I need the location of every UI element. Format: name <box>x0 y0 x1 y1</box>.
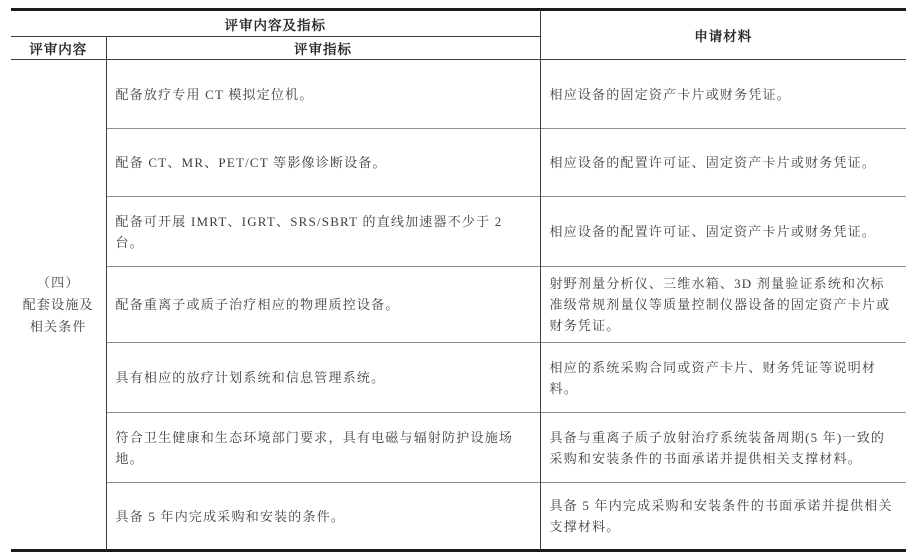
header-review-content-and-indicators: 评审内容及指标 <box>11 10 540 37</box>
material-cell: 具备与重离子质子放射治疗系统装备周期(5 年)一致的采购和安装条件的书面承诺并提… <box>540 413 906 483</box>
table-row: 具备 5 年内完成采购和安装的条件。 具备 5 年内完成采购和安装条件的书面承诺… <box>11 483 906 551</box>
table-row: 具有相应的放疗计划系统和信息管理系统。 相应的系统采购合同或资产卡片、财务凭证等… <box>11 343 906 413</box>
table-row: 配备 CT、MR、PET/CT 等影像诊断设备。 相应设备的配置许可证、固定资产… <box>11 129 906 197</box>
category-cell: （四） 配套设施及 相关条件 <box>11 60 106 551</box>
table-row: 符合卫生健康和生态环境部门要求，具有电磁与辐射防护设施场地。 具备与重离子质子放… <box>11 413 906 483</box>
material-cell: 相应的系统采购合同或资产卡片、财务凭证等说明材料。 <box>540 343 906 413</box>
indicator-cell: 配备放疗专用 CT 模拟定位机。 <box>106 60 540 129</box>
category-line-2: 配套设施及 <box>15 294 102 316</box>
header-row-group: 评审内容及指标 申请材料 <box>11 10 906 37</box>
table-row: 配备重离子或质子治疗相应的物理质控设备。 射野剂量分析仪、三维水箱、3D 剂量验… <box>11 267 906 343</box>
category-line-1: （四） <box>15 272 102 294</box>
indicator-cell: 配备重离子或质子治疗相应的物理质控设备。 <box>106 267 540 343</box>
indicator-cell: 符合卫生健康和生态环境部门要求，具有电磁与辐射防护设施场地。 <box>106 413 540 483</box>
table-row: 配备可开展 IMRT、IGRT、SRS/SBRT 的直线加速器不少于 2 台。 … <box>11 197 906 267</box>
material-cell: 具备 5 年内完成采购和安装条件的书面承诺并提供相关支撑材料。 <box>540 483 906 551</box>
indicator-cell: 具有相应的放疗计划系统和信息管理系统。 <box>106 343 540 413</box>
material-cell: 相应设备的固定资产卡片或财务凭证。 <box>540 60 906 129</box>
category-line-3: 相关条件 <box>15 316 102 338</box>
material-cell: 相应设备的配置许可证、固定资产卡片或财务凭证。 <box>540 129 906 197</box>
indicator-cell: 配备可开展 IMRT、IGRT、SRS/SBRT 的直线加速器不少于 2 台。 <box>106 197 540 267</box>
indicator-cell: 具备 5 年内完成采购和安装的条件。 <box>106 483 540 551</box>
material-cell: 相应设备的配置许可证、固定资产卡片或财务凭证。 <box>540 197 906 267</box>
header-application-materials: 申请材料 <box>540 10 906 60</box>
header-review-indicator: 评审指标 <box>106 37 540 60</box>
header-review-content: 评审内容 <box>11 37 106 60</box>
material-cell: 射野剂量分析仪、三维水箱、3D 剂量验证系统和次标准级常规剂量仪等质量控制仪器设… <box>540 267 906 343</box>
indicator-cell: 配备 CT、MR、PET/CT 等影像诊断设备。 <box>106 129 540 197</box>
document-page: 评审内容及指标 申请材料 评审内容 评审指标 （四） 配套设施及 相关条件 配备… <box>0 0 915 558</box>
table-row: （四） 配套设施及 相关条件 配备放疗专用 CT 模拟定位机。 相应设备的固定资… <box>11 60 906 129</box>
review-criteria-table: 评审内容及指标 申请材料 评审内容 评审指标 （四） 配套设施及 相关条件 配备… <box>11 8 906 552</box>
